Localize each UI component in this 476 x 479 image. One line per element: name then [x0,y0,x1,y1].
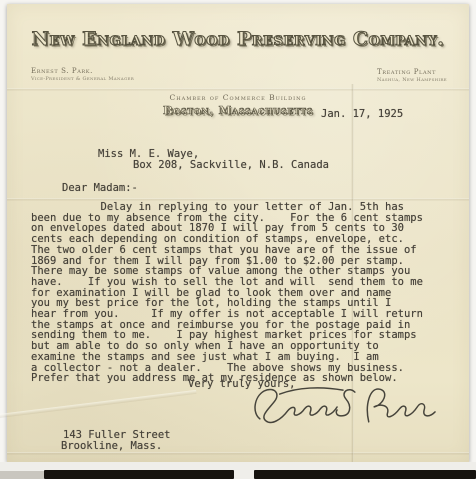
salutation: Dear Madam:- [62,182,138,194]
letter-body: Delay in replying to your letter of Jan.… [31,202,423,384]
backdrop-corner [0,471,44,479]
sender-city: Brookline, Mass. [61,440,162,452]
backdrop-band-right [254,470,476,479]
address-building: Chamber of Commerce Building [0,93,476,102]
treating-plant-block: Treating Plant Nashua, New Hampshire [377,68,447,83]
signature-handwriting [250,379,438,431]
fold-crease-bottom [7,452,469,455]
officer-title: Vice-President & General Manager [31,76,134,82]
officer-block: Ernest S. Park. Vice-President & General… [31,67,134,82]
scanned-letter: New England Wood Preserving Company. Ern… [0,0,476,479]
company-name: New England Wood Preserving Company. [0,28,476,50]
plant-location: Nashua, New Hampshire [377,77,447,83]
fold-crease-top [7,88,469,91]
address-city: Boston, Massachusetts [0,103,476,117]
officer-name: Ernest S. Park. [31,67,134,76]
letter-date: Jan. 17, 1925 [321,108,403,120]
backdrop-band-left [44,470,234,479]
paper-wrinkle [0,390,196,418]
recipient-address: Box 208, Sackville, N.B. Canada [133,159,329,171]
signature-stroke-flourish [280,388,343,394]
signature-stroke-park [367,389,435,422]
signature-stroke-ernest [255,389,337,422]
signature-stroke-s [336,390,355,416]
plant-name: Treating Plant [377,68,447,77]
